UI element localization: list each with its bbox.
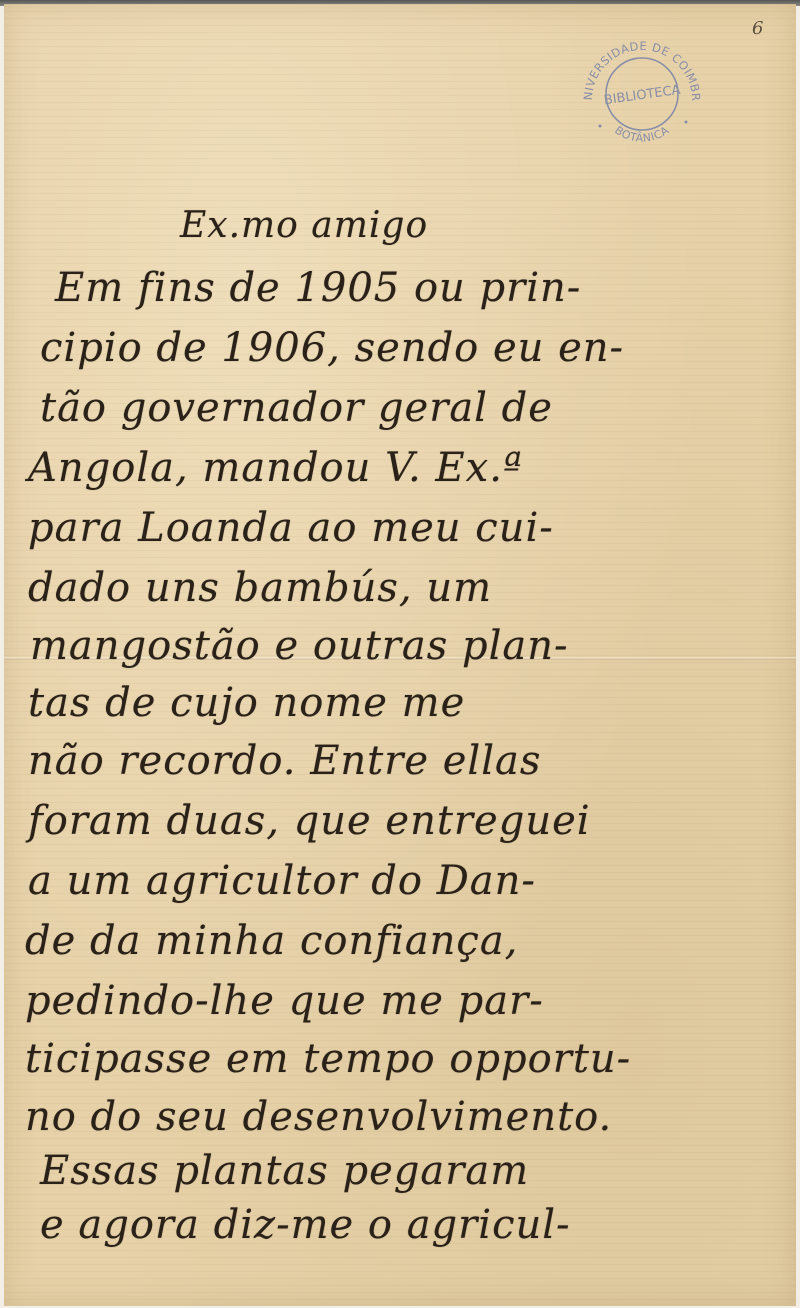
letter-line: de da minha confiança, <box>25 918 518 964</box>
letter-line: Em fins de 1905 ou prin- <box>55 265 581 311</box>
letter-line: Essas plantas pegaram <box>40 1148 529 1194</box>
letter-line: e agora diz-me o agricul- <box>40 1202 571 1248</box>
letter-line: dado uns bambús, um <box>28 565 492 611</box>
letter-body: Ex.mo amigo Em fins de 1905 ou prin- cip… <box>0 0 800 1308</box>
letter-line: cipio de 1906, sendo eu en- <box>40 325 624 371</box>
letter-line: foram duas, que entreguei <box>28 798 591 844</box>
letter-line: não recordo. Entre ellas <box>28 738 541 784</box>
letter-line: no do seu desenvolvimento. <box>25 1094 612 1140</box>
letter-line: mangostão e outras plan- <box>30 623 569 669</box>
letter-line: tão governador geral de <box>40 385 553 431</box>
letter-line: para Loanda ao meu cui- <box>28 505 554 551</box>
letter-line: ticipasse em tempo opportu- <box>25 1036 631 1082</box>
salutation: Ex.mo amigo <box>180 205 428 246</box>
letter-line: tas de cujo nome me <box>28 680 465 726</box>
letter-line: Angola, mandou V. Ex.ª <box>28 445 523 491</box>
letter-line: a um agricultor do Dan- <box>28 858 536 904</box>
letter-line: pedindo-lhe que me par- <box>25 978 544 1024</box>
